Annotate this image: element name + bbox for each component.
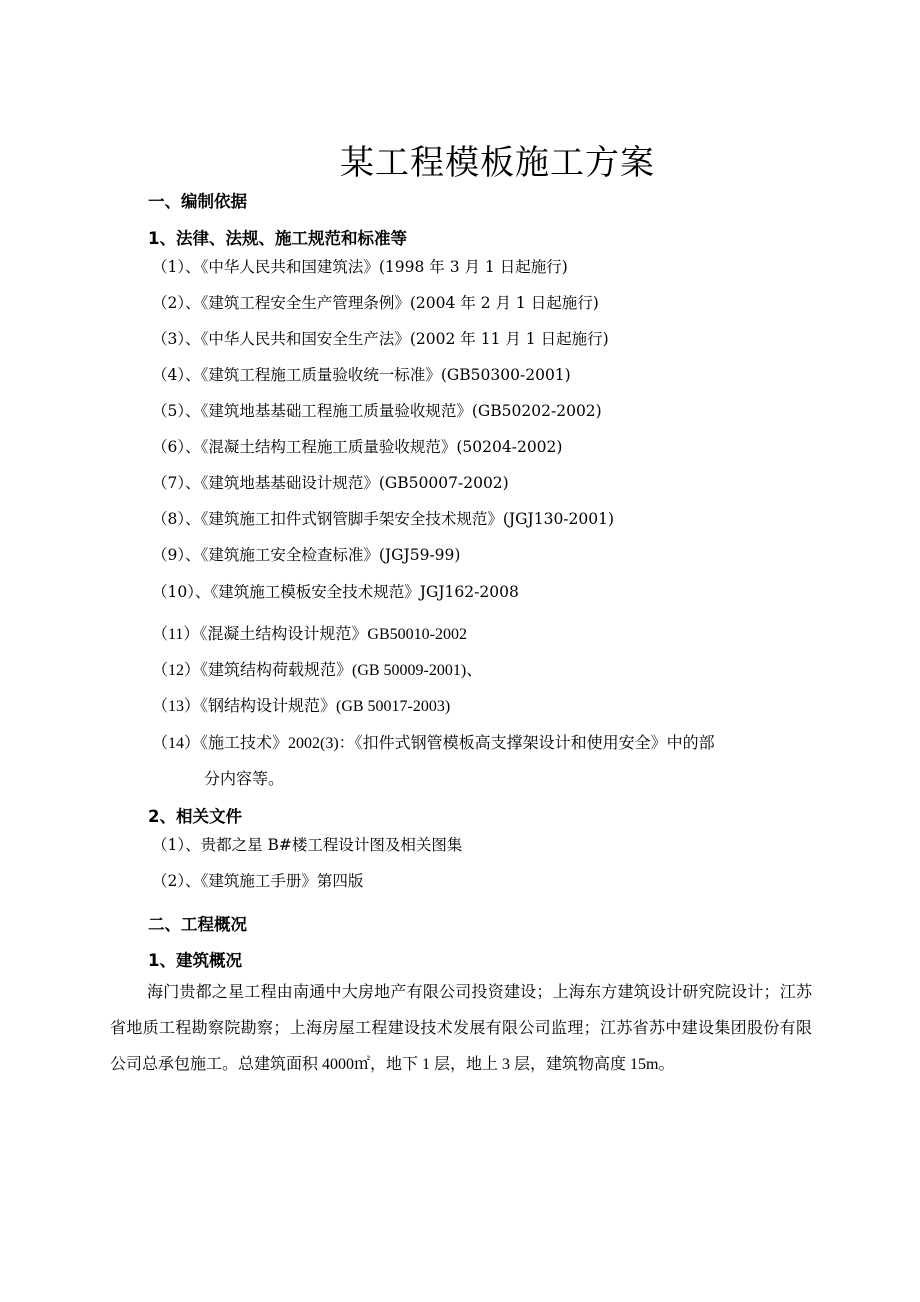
list-item: （6）、《混凝土结构工程施工质量验收规范》(50204-2002) — [152, 435, 562, 457]
section-heading-basis: 一、编制依据 — [148, 188, 247, 212]
list-item: （14）《施工技术》2002(3)：《扣件式钢管模板高支撑架设计和使用安全》中的… — [152, 730, 715, 753]
subsection-heading-laws: 1、法律、法规、施工规范和标准等 — [148, 225, 407, 249]
list-item: （12）《建筑结构荷载规范》(GB 50009-2001)、 — [152, 657, 482, 680]
section-heading-overview: 二、工程概况 — [148, 911, 247, 935]
list-item: （7）、《建筑地基基础设计规范》(GB50007-2002) — [152, 471, 509, 493]
document-title: 某工程模板施工方案 — [0, 135, 920, 184]
list-item: （4）、《建筑工程施工质量验收统一标准》(GB50300-2001) — [152, 363, 571, 385]
list-item: （5）、《建筑地基基础工程施工质量验收规范》(GB50202-2002) — [152, 399, 602, 421]
list-item: （11）《混凝土结构设计规范》GB50010-2002 — [152, 621, 467, 644]
subsection-heading-building: 1、建筑概况 — [148, 947, 242, 971]
list-item: （2）、《建筑工程安全生产管理条例》(2004 年 2 月 1 日起施行) — [152, 291, 599, 313]
list-item: （9）、《建筑施工安全检查标准》(JGJ59-99) — [152, 543, 460, 565]
list-item: （13）《钢结构设计规范》(GB 50017-2003) — [152, 693, 450, 716]
list-item: （1）、《中华人民共和国建筑法》(1998 年 3 月 1 日起施行) — [152, 255, 568, 277]
list-item: （10）、《建筑施工模板安全技术规范》JGJ162-2008 — [152, 580, 519, 602]
list-item: （8）、《建筑施工扣件式钢管脚手架安全技术规范》(JGJ130-2001) — [152, 507, 614, 529]
subsection-heading-related-docs: 2、相关文件 — [148, 803, 242, 827]
list-item-continuation: 分内容等。 — [204, 766, 284, 789]
building-overview-paragraph: 海门贵都之星工程由南通中大房地产有限公司投资建设；上海东方建筑设计研究院设计；江… — [110, 975, 812, 1083]
list-item: （3）、《中华人民共和国安全生产法》(2002 年 11 月 1 日起施行) — [152, 327, 609, 349]
list-item: （1）、贵都之星 B#楼工程设计图及相关图集 — [152, 833, 462, 855]
list-item: （2）、《建筑施工手册》第四版 — [152, 869, 363, 891]
